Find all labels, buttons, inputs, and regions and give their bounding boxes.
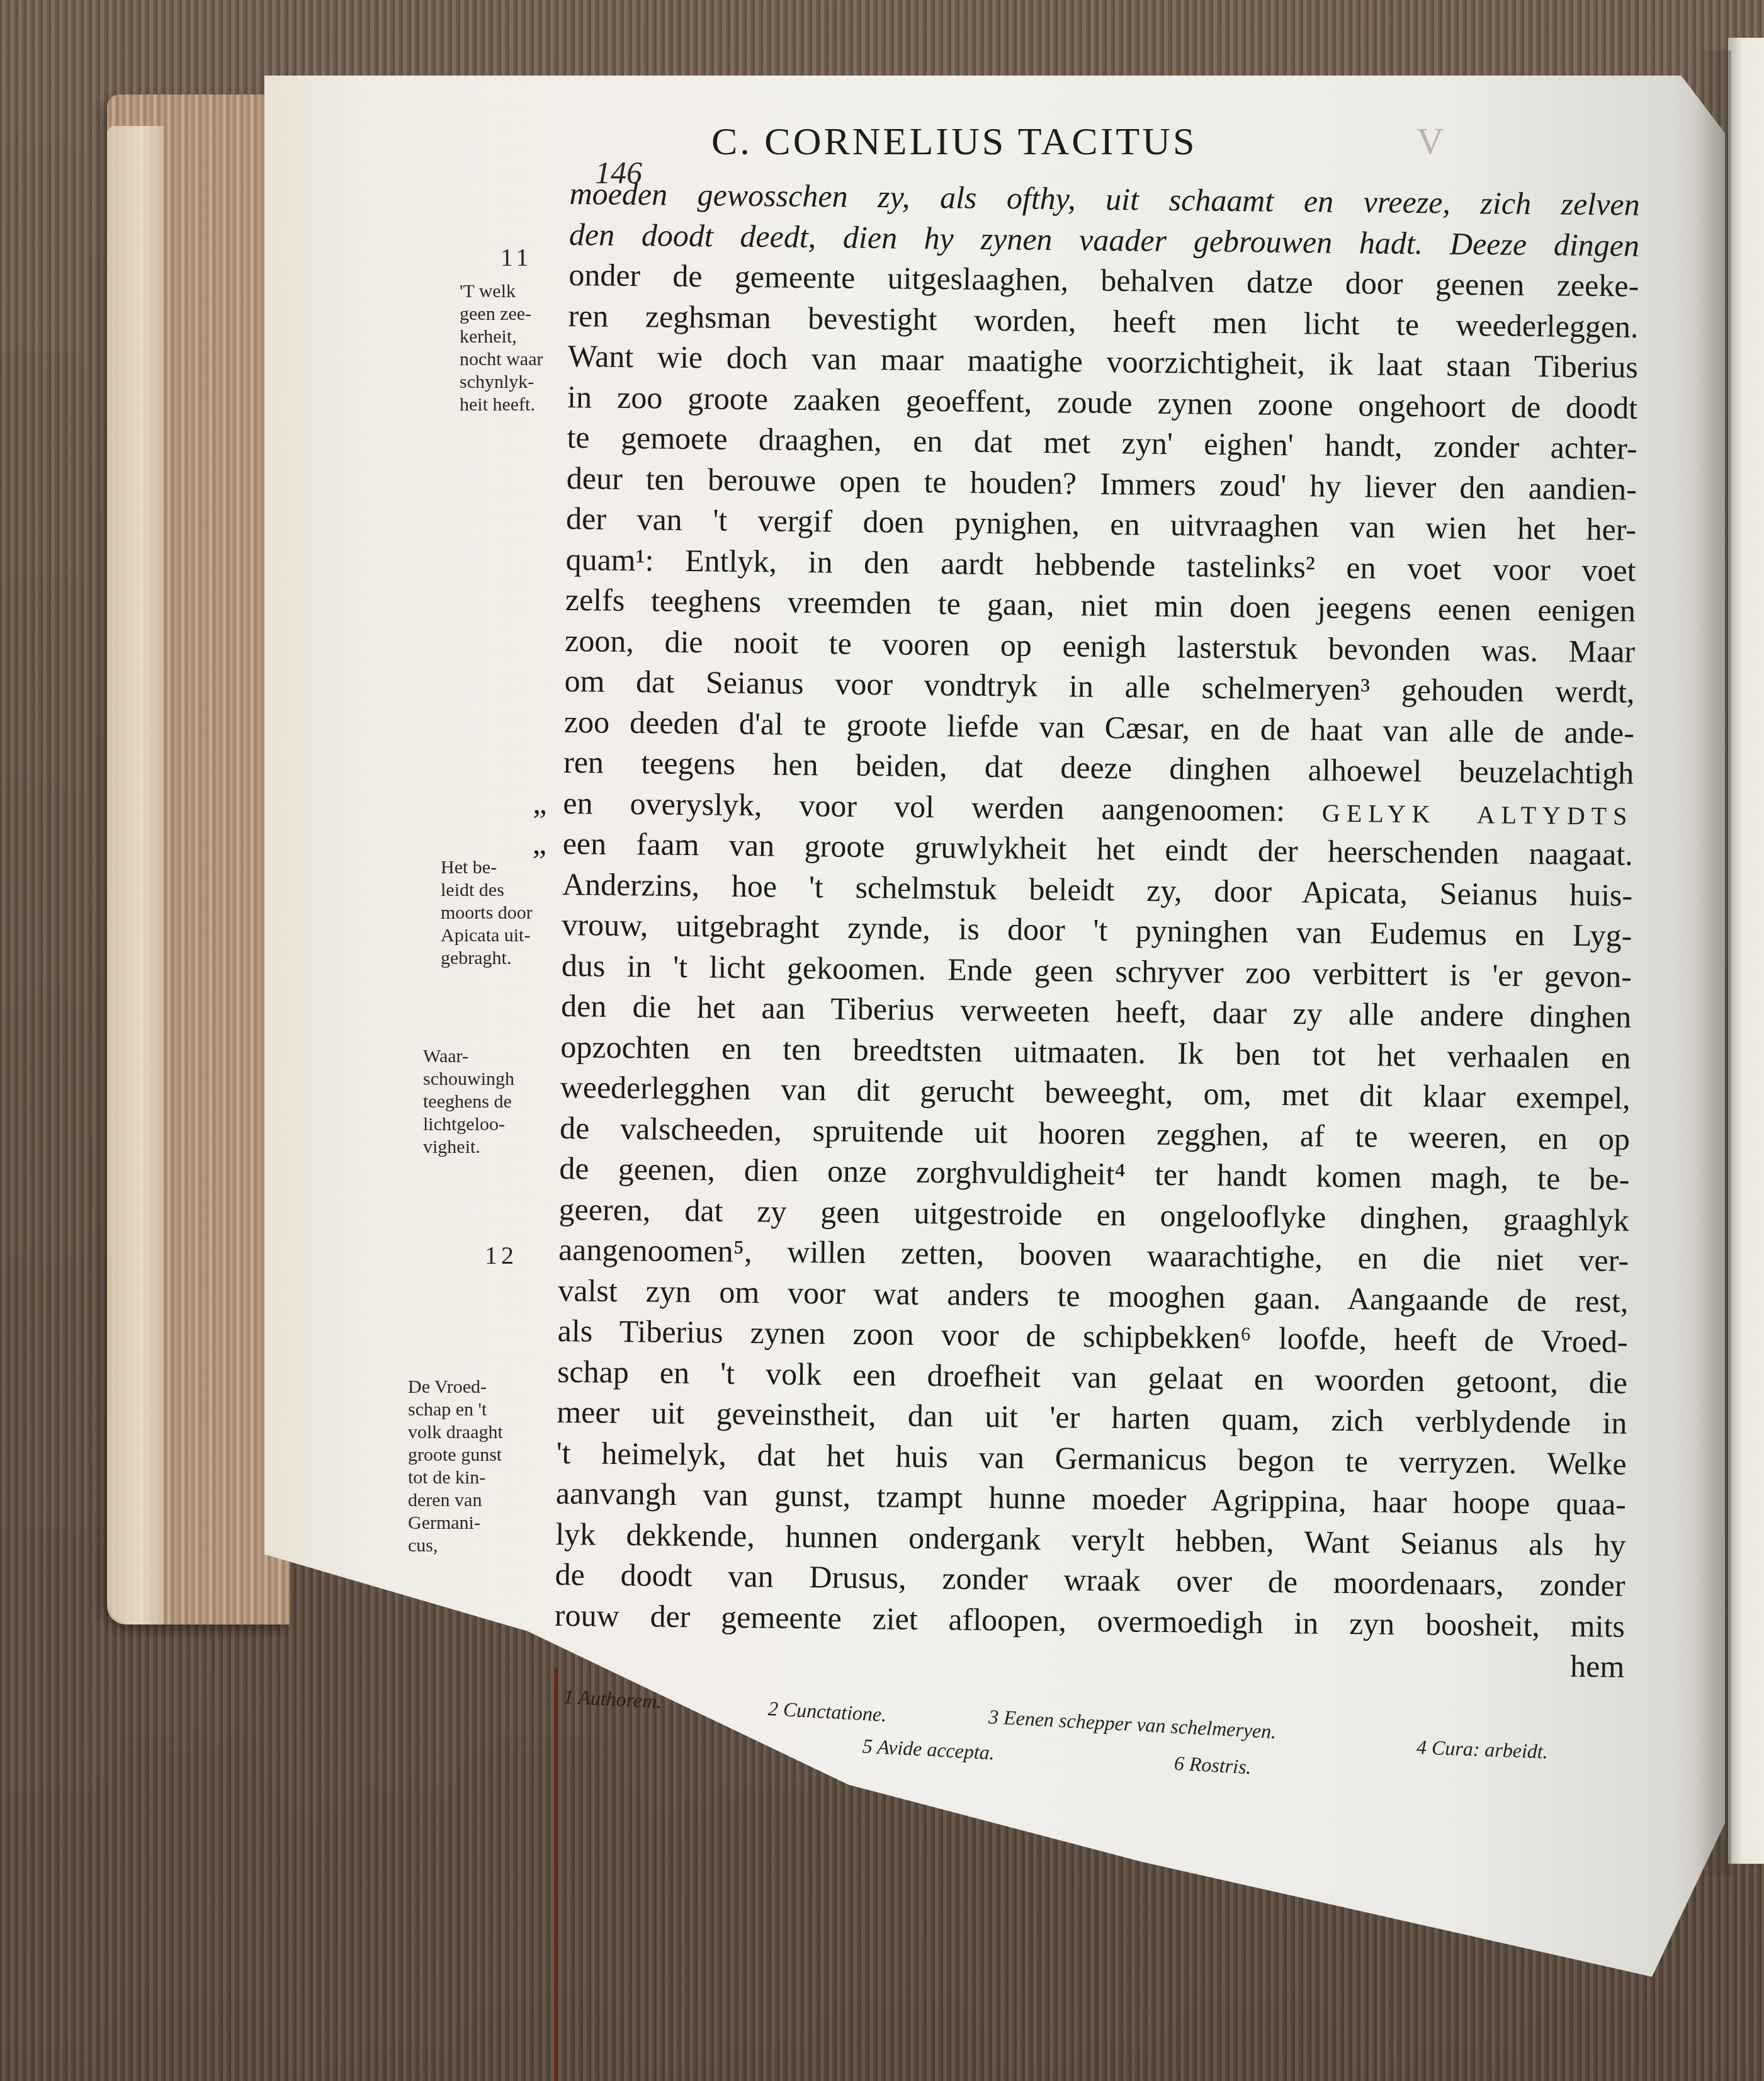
show-through-glyph: V: [1416, 120, 1444, 163]
body-text: moeden gewosschen zy, als ofthy, uit sch…: [554, 173, 1640, 1687]
footnote: 4 Cura: arbeidt.: [1416, 1735, 1548, 1763]
smallcaps-phrase: GELYK ALTYDTS: [1322, 798, 1634, 830]
section-number: 12: [485, 1240, 517, 1270]
facing-page-edge: [1728, 38, 1764, 1864]
margin-note: De Vroed-schap en 'tvolk draaght groote …: [408, 1376, 503, 1557]
running-head: C. CORNELIUS TACITUS: [711, 120, 1197, 164]
book-cover-flap: [107, 126, 164, 1625]
gutter-shadow: [1693, 50, 1731, 1876]
section-number: 11: [500, 242, 533, 272]
table-seam: [554, 1669, 558, 2081]
quote-mark: „: [533, 782, 547, 823]
footnote: 1 Authorem.: [563, 1685, 662, 1713]
footnote: 6 Rostris.: [1173, 1752, 1252, 1779]
margin-note: Waar-schouwinghteeghens de lichtgeloo-vi…: [423, 1045, 514, 1159]
margin-note: 'T welkgeen zee-kerheit, nocht waarschyn…: [460, 280, 543, 416]
quote-mark: „: [533, 822, 547, 863]
margin-note: Het be-leidt desmoorts door Apicata uit-…: [441, 856, 533, 970]
